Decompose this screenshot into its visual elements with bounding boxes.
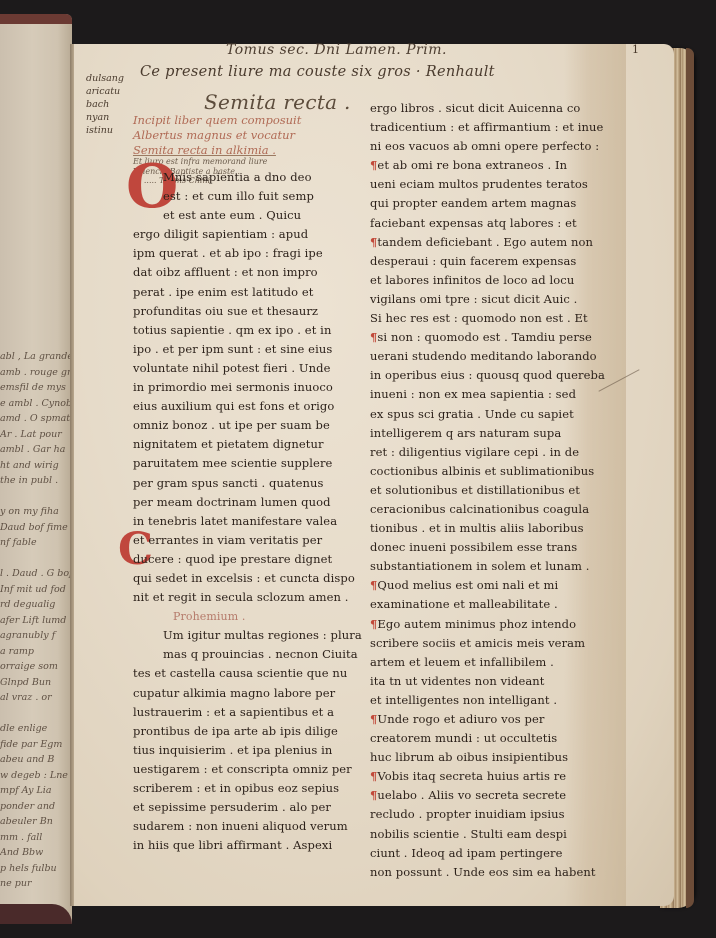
- text-line: qui propter eandem artem magnas: [370, 194, 585, 213]
- text-line: Um igitur multas regiones : plura: [133, 626, 351, 645]
- text-line: ergo diligit sapientiam : apud: [133, 225, 351, 244]
- text-line: voluntate nihil potest fieri . Unde: [133, 359, 351, 378]
- pilcrow-mark: ¶: [370, 235, 377, 249]
- margin-note-line: bach: [86, 98, 146, 111]
- text-line: non possunt . Unde eos sim ea habent: [370, 863, 585, 882]
- note-line: e ambl . Cynob: [0, 396, 72, 412]
- text-line: ipm querat . et ab ipo : fragi ipe: [133, 244, 351, 263]
- text-line: paruitatem mee scientie supplere: [133, 454, 351, 473]
- note-line: nf fable: [0, 535, 72, 551]
- folio-number: 1: [632, 43, 639, 56]
- text-line: per meam doctrinam lumen quod: [133, 493, 351, 512]
- note-line: orraige som: [0, 659, 72, 675]
- note-line: And Bbw: [0, 845, 72, 861]
- text-line: ni eos vacuos ab omni opere perfecto :: [370, 137, 585, 156]
- text-line: et intelligentes non intelligant .: [370, 691, 585, 710]
- binding-edge: [0, 14, 72, 24]
- text-line: scriberem : et in opibus eoz sepius: [133, 779, 351, 798]
- margin-note-line: aricatu: [86, 85, 146, 98]
- text-line: uerani studendo meditando laborando: [370, 347, 585, 366]
- note-line: dle enlige: [0, 721, 72, 737]
- text-line: ¶tandem deficiebant . Ego autem non: [370, 233, 585, 252]
- note-line: p hels fulbu: [0, 861, 72, 877]
- text-line: in primordio mei sermonis inuoco: [133, 378, 351, 397]
- note-line: abeu and B: [0, 752, 72, 768]
- text-line: eius auxilium qui est fons et origo: [133, 397, 351, 416]
- text-line: substantiationem in solem et lunam .: [370, 557, 585, 576]
- text-line: ¶et ab omi re bona extraneos . In: [370, 156, 585, 175]
- text-line: creatorem mundi : ut occultetis: [370, 729, 585, 748]
- text-line: et solutionibus et distillationibus et: [370, 481, 585, 500]
- text-line: ceracionibus calcinationibus coagula: [370, 500, 585, 519]
- note-line: mm . fall: [0, 830, 72, 846]
- note-line: emsfil de mys: [0, 380, 72, 396]
- text-line: et errantes in viam veritatis per: [133, 531, 351, 550]
- text-line: et labores infinitos de loco ad locu: [370, 271, 585, 290]
- page-title: Semita recta .: [204, 90, 351, 114]
- note-line: w degeb : Lne: [0, 768, 72, 784]
- text-line: cupatur alkimia magno labore per: [133, 684, 351, 703]
- note-line: amb . rouge gr: [0, 365, 72, 381]
- pilcrow-mark: ¶: [370, 769, 377, 783]
- text-line: nignitatem et pietatem dignetur: [133, 435, 351, 454]
- note-line: [0, 706, 72, 722]
- text-line: uestigarem : et conscripta omniz per: [133, 760, 351, 779]
- note-line: Inf mit ud fod: [0, 582, 72, 598]
- facing-verso-page: abl , La grandeamb . rouge gremsfil de m…: [0, 14, 72, 924]
- facing-page-notes: abl , La grandeamb . rouge gremsfil de m…: [0, 349, 72, 892]
- note-line: ne pur: [0, 876, 72, 892]
- text-line: recludo . propter inuidiam ipsius: [370, 805, 585, 824]
- text-line: tius inquisierim . et ipa plenius in: [133, 741, 351, 760]
- text-line: tradicentium : et affirmantium : et inue: [370, 118, 585, 137]
- note-line: abeuler Bn: [0, 814, 72, 830]
- text-line: vigilans omi tpre : sicut dicit Auic .: [370, 290, 585, 309]
- text-line: ex spus sci gratia . Unde cu sapiet: [370, 405, 585, 424]
- note-line: ht and wirig: [0, 458, 72, 474]
- note-line: agranubly f: [0, 628, 72, 644]
- text-line: ¶Quod melius est omi nali et mi: [370, 576, 585, 595]
- manuscript-photo: abl , La grandeamb . rouge gremsfil de m…: [0, 0, 716, 938]
- text-line: tionibus . et in multis aliis laboribus: [370, 519, 585, 538]
- note-line: y on my fiha: [0, 504, 72, 520]
- text-line: ¶Unde rogo et adiuro vos per: [370, 710, 585, 729]
- note-line: ponder and: [0, 799, 72, 815]
- text-line: Si hec res est : quomodo non est . Et: [370, 309, 585, 328]
- text-line: nit et regit in secula sclozum amen .: [133, 588, 351, 607]
- note-line: Ar . Lat pour: [0, 427, 72, 443]
- prohemium-rubric: Prohemium .: [133, 607, 351, 626]
- price-inscription: Ce present liure ma couste six gros · Re…: [140, 64, 495, 80]
- text-line: in operibus eius : quousq quod quereba: [370, 366, 585, 385]
- note-line: abl , La grande: [0, 349, 72, 365]
- note-line: a ramp: [0, 644, 72, 660]
- text-line: dat oibz affluent : et non impro: [133, 263, 351, 282]
- text-line: prontibus de ipa arte ab ipis dilige: [133, 722, 351, 741]
- text-line: et est ante eum . Quicu: [133, 206, 351, 225]
- text-line: ducere : quod ipe prestare dignet: [133, 550, 351, 569]
- note-line: afer Lift lumd: [0, 613, 72, 629]
- text-line: in hiis que libri affirmant . Aspexi: [133, 836, 351, 855]
- text-line: ret : diligentius vigilare cepi . in de: [370, 443, 585, 462]
- text-line: lustrauerim : et a sapientibus et a: [133, 703, 351, 722]
- pilcrow-mark: ¶: [370, 712, 377, 726]
- text-line: per gram spus sancti . quatenus: [133, 474, 351, 493]
- text-line: huc librum ab oibus insipientibus: [370, 748, 585, 767]
- text-line: nobilis scientie . Stulti eam despi: [370, 825, 585, 844]
- note-line: mpf Ay Lia: [0, 783, 72, 799]
- text-line: in tenebris latet manifestare valea: [133, 512, 351, 531]
- note-line: [0, 489, 72, 505]
- text-line: perat . ipe enim est latitudo et: [133, 283, 351, 302]
- pilcrow-mark: ¶: [370, 788, 377, 802]
- note-line: the in publ .: [0, 473, 72, 489]
- pilcrow-mark: ¶: [370, 578, 377, 592]
- text-line: tes et castella causa scientie que nu: [133, 664, 351, 683]
- text-line: ita tn ut videntes non videant: [370, 672, 585, 691]
- text-line: mas q prouincias . necnon Ciuita: [133, 645, 351, 664]
- note-line: rd degualig: [0, 597, 72, 613]
- note-line: ambl . Gar ha: [0, 442, 72, 458]
- text-line: ¶uelabo . Aliis vo secreta secrete: [370, 786, 585, 805]
- text-line: Mnis sapientia a dno deo: [133, 168, 351, 187]
- text-line: donec inueni possibilem esse trans: [370, 538, 585, 557]
- text-line: ciunt . Ideoq ad ipam pertingere: [370, 844, 585, 863]
- pilcrow-mark: ¶: [370, 617, 377, 631]
- text-line: coctionibus albinis et sublimationibus: [370, 462, 585, 481]
- text-line: scribere sociis et amicis meis veram: [370, 634, 585, 653]
- text-line: sudarem : non inueni aliquod verum: [133, 817, 351, 836]
- text-line: faciebant expensas atq labores : et: [370, 214, 585, 233]
- text-line: qui sedet in excelsis : et cuncta dispo: [133, 569, 351, 588]
- note-line: l . Daud . G bof: [0, 566, 72, 582]
- text-line: ipo . et per ipm sunt : et sine eius: [133, 340, 351, 359]
- text-line: artem et leuem et infallibilem .: [370, 653, 585, 672]
- note-line: al vraz . or: [0, 690, 72, 706]
- incipit-line: Albertus magnus et vocatur: [133, 128, 343, 143]
- ownership-inscription: Tomus sec. Dni Lamen. Prim.: [226, 42, 447, 58]
- text-line: desperaui : quin facerem expensas: [370, 252, 585, 271]
- text-line: et sepissime persuderim . alo per: [133, 798, 351, 817]
- cover-edge: [0, 904, 72, 924]
- pilcrow-mark: ¶: [370, 158, 377, 172]
- note-line: amd . O spmat: [0, 411, 72, 427]
- left-text-column: Mnis sapientia a dno deoest : et cum ill…: [133, 168, 351, 855]
- text-line: totius sapientie . qm ex ipo . et in: [133, 321, 351, 340]
- text-line: ¶Vobis itaq secreta huius artis re: [370, 767, 585, 786]
- text-line: ¶si non : quomodo est . Tamdiu perse: [370, 328, 585, 347]
- text-line: omniz bonoz . ut ipe per suam be: [133, 416, 351, 435]
- note-line: fide par Egm: [0, 737, 72, 753]
- text-line: examinatione et malleabilitate .: [370, 595, 585, 614]
- text-line: profunditas oiu sue et thesaurz: [133, 302, 351, 321]
- margin-note-line: dulsang: [86, 72, 146, 85]
- note-line: [0, 551, 72, 567]
- note-line: Daud bof fime: [0, 520, 72, 536]
- text-line: est : et cum illo fuit semp: [133, 187, 351, 206]
- pilcrow-mark: ¶: [370, 330, 377, 344]
- note-line: Glnpd Bun: [0, 675, 72, 691]
- text-line: ueni eciam multos prudentes teratos: [370, 175, 585, 194]
- text-line: inueni : non ex mea sapientia : sed: [370, 385, 585, 404]
- right-text-column: ergo libros . sicut dicit Auicenna cotra…: [370, 99, 585, 882]
- text-line: ¶Ego autem minimus phoz intendo: [370, 615, 585, 634]
- text-line: intelligerem q ars naturam supa: [370, 424, 585, 443]
- incipit-line: Incipit liber quem composuit: [133, 113, 343, 128]
- text-line: ergo libros . sicut dicit Auicenna co: [370, 99, 585, 118]
